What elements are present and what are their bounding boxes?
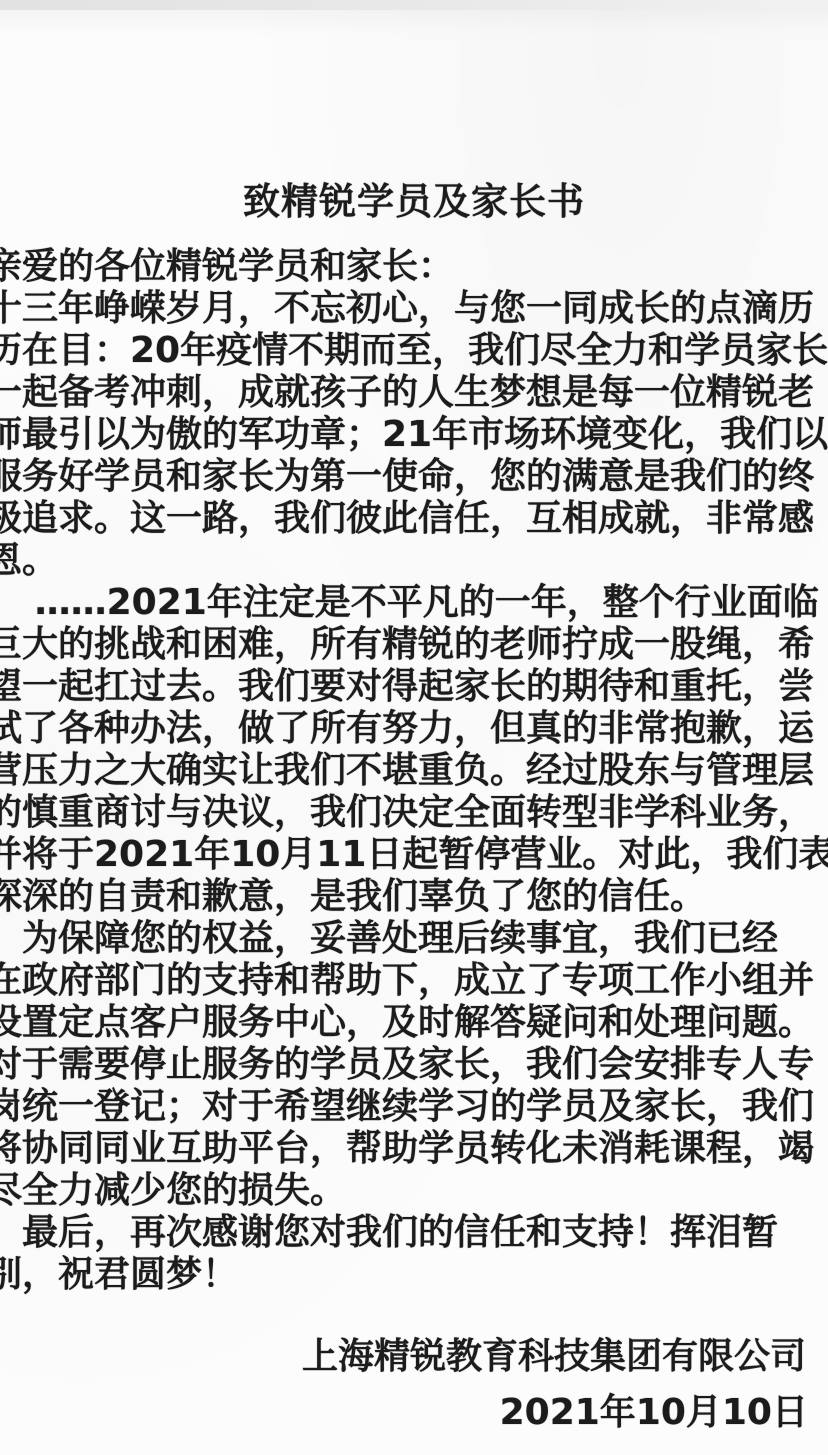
letter-line: 最后，再次感谢您对我们的信任和支持！挥泪暂 (0, 1212, 828, 1254)
letter-line: 十三年峥嵘岁月，不忘初心，与您一同成长的点滴历 (0, 288, 828, 330)
letter-line: 的慎重商讨与决议，我们决定全面转型非学科业务， (0, 792, 828, 834)
letter-line: 深深的自责和歉意，是我们辜负了您的信任。 (0, 876, 828, 918)
letter-line: ……2021年注定是不平凡的一年，整个行业面临 (0, 582, 828, 624)
letter-line: 恩。 (0, 540, 828, 582)
letter-line: 一起备考冲刺，成就孩子的人生梦想是每一位精锐老 (0, 372, 828, 414)
letter-line: 对于需要停止服务的学员及家长，我们会安排专人专 (0, 1044, 828, 1086)
signature-company: 上海精锐教育科技集团有限公司 (302, 1328, 806, 1379)
letter-body: 亲爱的各位精锐学员和家长：十三年峥嵘岁月，不忘初心，与您一同成长的点滴历历在目：… (0, 246, 828, 1296)
letter-line: 并将于2021年10月11日起暂停营业。对此，我们表示 (0, 834, 828, 876)
letter-line: 岗统一登记；对于希望继续学习的学员及家长，我们 (0, 1086, 828, 1128)
letter-line: 在政府部门的支持和帮助下，成立了专项工作小组并 (0, 960, 828, 1002)
letter-line: 巨大的挑战和困难，所有精锐的老师拧成一股绳，希 (0, 624, 828, 666)
letter-line: 为保障您的权益，妥善处理后续事宜，我们已经 (0, 918, 828, 960)
letter-line: 历在目：20年疫情不期而至，我们尽全力和学员家长 (0, 330, 828, 372)
letter-line: 师最引以为傲的军功章；21年市场环境变化，我们以 (0, 414, 828, 456)
letter-line: 将协同同业互助平台，帮助学员转化未消耗课程，竭 (0, 1128, 828, 1170)
signature-date: 2021年10月10日 (500, 1384, 808, 1435)
photo-top-edge (0, 0, 828, 10)
letter-line: 亲爱的各位精锐学员和家长： (0, 246, 828, 288)
letter-title: 致精锐学员及家长书 (0, 171, 828, 225)
letter-line: 试了各种办法，做了所有努力，但真的非常抱歉，运 (0, 708, 828, 750)
letter-line: 极追求。这一路，我们彼此信任，互相成就，非常感 (0, 498, 828, 540)
letter-line: 营压力之大确实让我们不堪重负。经过股东与管理层 (0, 750, 828, 792)
letter-line: 望一起扛过去。我们要对得起家长的期待和重托，尝 (0, 666, 828, 708)
photo-scan-shadow (0, 10, 828, 36)
letter-line: 尽全力减少您的损失。 (0, 1170, 828, 1212)
letter-document: 致精锐学员及家长书 亲爱的各位精锐学员和家长：十三年峥嵘岁月，不忘初心，与您一同… (0, 0, 828, 1455)
letter-line: 别，祝君圆梦！ (0, 1254, 828, 1296)
letter-line: 设置定点客户服务中心，及时解答疑问和处理问题。 (0, 1002, 828, 1044)
letter-line: 服务好学员和家长为第一使命，您的满意是我们的终 (0, 456, 828, 498)
